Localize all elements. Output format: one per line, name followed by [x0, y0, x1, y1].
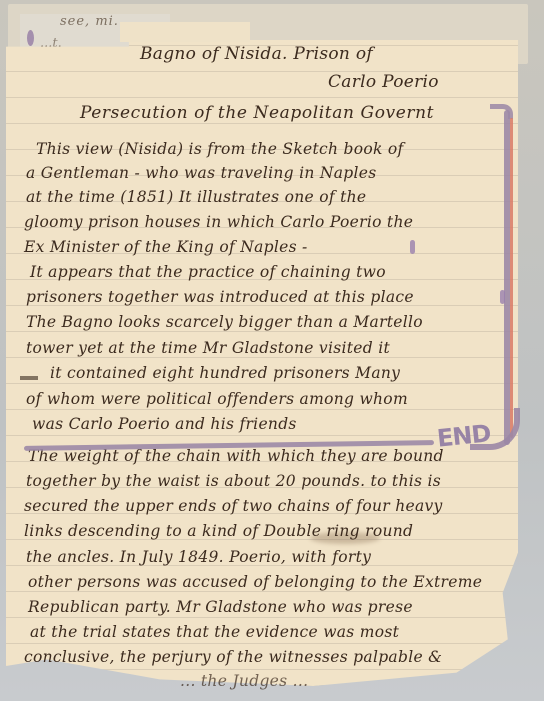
title-line-2: Carlo Poerio [328, 72, 439, 92]
ink-blot [27, 30, 34, 46]
title-line-1: Bagno of Nisida. Prison of [140, 44, 373, 64]
body-line: gloomy prison houses in which Carlo Poer… [24, 213, 413, 231]
end-stamp: END [436, 419, 492, 452]
body-line: prisoners together was introduced at thi… [26, 288, 414, 306]
body-line: the ancles. In July 1849. Poerio, with f… [26, 548, 371, 566]
body-line: tower yet at the time Mr Gladstone visit… [26, 339, 390, 357]
underlying-page-text: see, mi... [60, 14, 129, 29]
purple-tick-mark [500, 290, 505, 304]
margin-bracket-red [510, 118, 513, 438]
body-line: This view (Nisida) is from the Sketch bo… [36, 140, 404, 158]
body-line: was Carlo Poerio and his friends [32, 415, 297, 433]
body-line: Ex Minister of the King of Naples - [24, 238, 308, 256]
title-line-3: Persecution of the Neapolitan Governt [80, 103, 434, 123]
body-line-torn: ... the Judges ... [180, 672, 308, 690]
body-line: Republican party. Mr Gladstone who was p… [28, 598, 413, 616]
body-line: conclusive, the perjury of the witnesses… [24, 648, 442, 666]
body-line: together by the waist is about 20 pounds… [26, 472, 441, 490]
body-line: it contained eight hundred prisoners Man… [50, 364, 400, 382]
page-torn-edge [120, 22, 250, 42]
body-line: at the trial states that the evidence wa… [30, 623, 399, 641]
body-line: other persons was accused of belonging t… [28, 573, 482, 591]
body-line: of whom were political offenders among w… [26, 390, 408, 408]
body-line: a Gentleman - who was traveling in Naple… [26, 164, 377, 182]
body-line: at the time (1851) It illustrates one of… [26, 188, 366, 206]
body-line: The Bagno looks scarcely bigger than a M… [26, 313, 423, 331]
crossed-out-mark [20, 376, 38, 380]
body-line: It appears that the practice of chaining… [30, 263, 386, 281]
purple-tick-mark [410, 240, 415, 254]
body-line: secured the upper ends of two chains of … [24, 497, 443, 515]
body-line: links descending to a kind of Double rin… [24, 522, 413, 540]
